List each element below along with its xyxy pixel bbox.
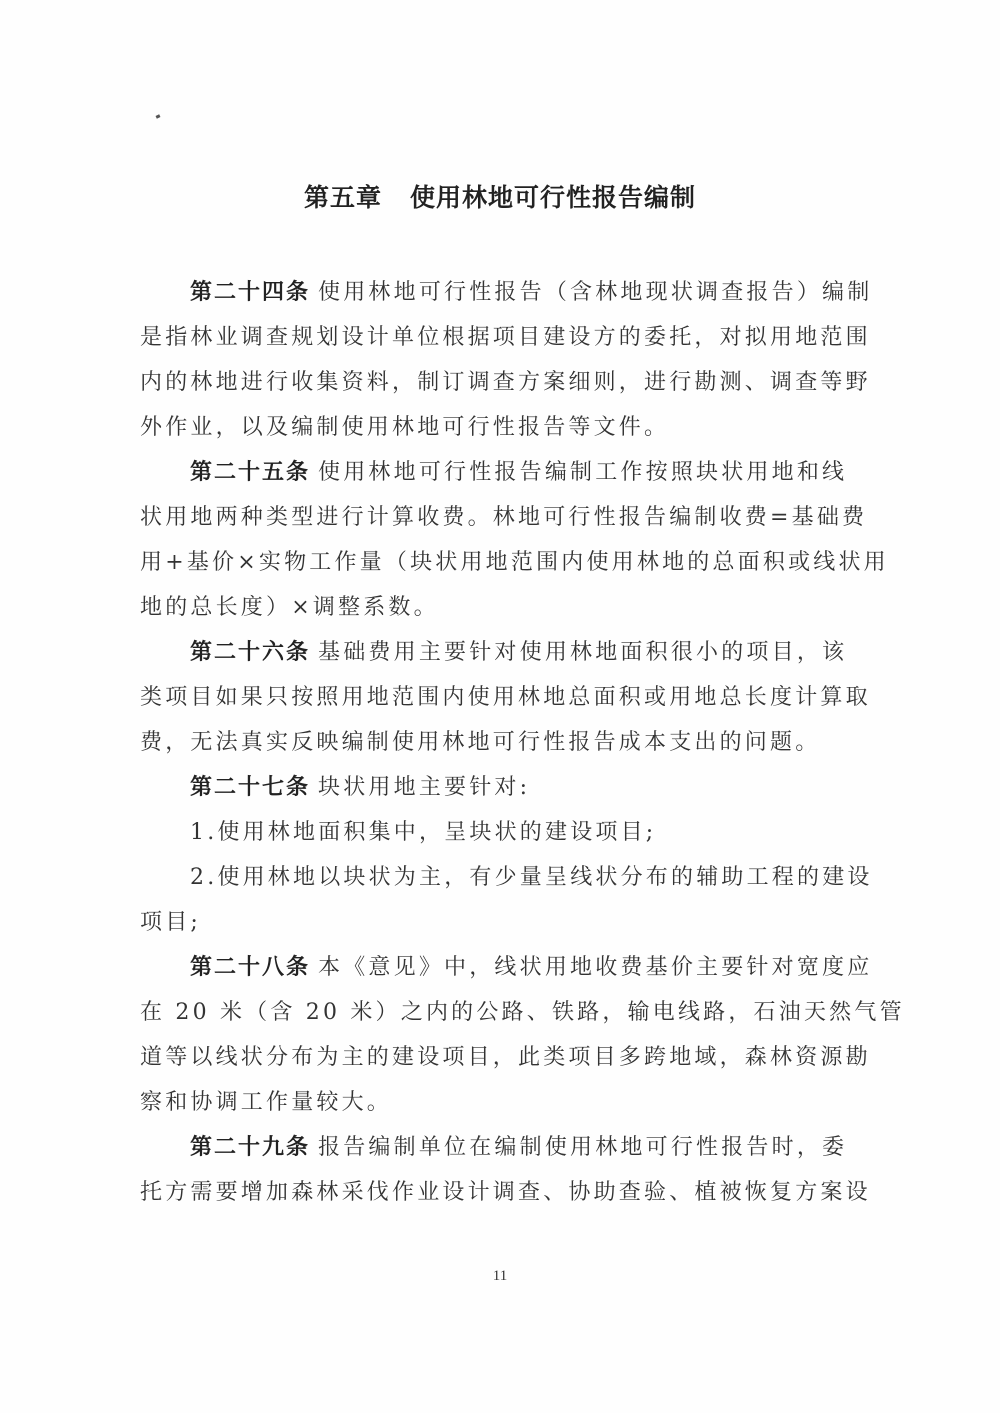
- paragraph-line: 第二十九条报告编制单位在编制使用林地可行性报告时，委: [190, 1130, 847, 1161]
- paragraph-line: 第二十七条块状用地主要针对:: [190, 770, 530, 801]
- paragraph-line: 用+基价×实物工作量（块状用地范围内使用林地的总面积或线状用: [140, 545, 889, 576]
- list-item-continuation: 项目;: [140, 905, 201, 936]
- page-number: 11: [0, 1268, 1000, 1285]
- paragraph-line: 第二十六条基础费用主要针对使用林地面积很小的项目，该: [190, 635, 847, 666]
- list-item: 2.使用林地以块状为主，有少量呈线状分布的辅助工程的建设: [190, 860, 873, 891]
- paragraph-line: 在 20 米（含 20 米）之内的公路、铁路，输电线路，石油天然气管: [140, 995, 905, 1026]
- article-label: 第二十九条: [190, 1135, 310, 1160]
- paragraph-line: 费，无法真实反映编制使用林地可行性报告成本支出的问题。: [140, 725, 820, 756]
- paragraph-line: 地的总长度）×调整系数。: [140, 590, 439, 621]
- paragraph-line: 内的林地进行收集资料，制订调查方案细则，进行勘测、调查等野: [140, 365, 871, 396]
- list-item: 1.使用林地面积集中，呈块状的建设项目;: [190, 815, 656, 846]
- paragraph-line: 外作业，以及编制使用林地可行性报告等文件。: [140, 410, 669, 441]
- paragraph-line: 道等以线状分布为主的建设项目，此类项目多跨地域，森林资源勘: [140, 1040, 871, 1071]
- chapter-heading: 第五章使用林地可行性报告编制: [0, 178, 1000, 214]
- document-page: 第五章使用林地可行性报告编制 第二十四条使用林地可行性报告（含林地现状调查报告）…: [0, 0, 1000, 1413]
- paragraph-line: 第二十五条使用林地可行性报告编制工作按照块状用地和线: [190, 455, 847, 486]
- article-label: 第二十六条: [190, 640, 310, 665]
- article-label: 第二十四条: [190, 280, 310, 305]
- paragraph-line: 第二十八条本《意见》中，线状用地收费基价主要针对宽度应: [190, 950, 872, 981]
- paragraph-line: 是指林业调查规划设计单位根据项目建设方的委托，对拟用地范围: [140, 320, 871, 351]
- chapter-title: 使用林地可行性报告编制: [410, 183, 696, 212]
- paragraph-line: 类项目如果只按照用地范围内使用林地总面积或用地总长度计算取: [140, 680, 871, 711]
- scan-speck: [156, 114, 161, 118]
- article-label: 第二十七条: [190, 775, 310, 800]
- paragraph-line: 第二十四条使用林地可行性报告（含林地现状调查报告）编制: [190, 275, 872, 306]
- article-label: 第二十八条: [190, 955, 310, 980]
- article-label: 第二十五条: [190, 460, 310, 485]
- paragraph-line: 状用地两种类型进行计算收费。林地可行性报告编制收费=基础费: [140, 500, 867, 531]
- paragraph-line: 察和协调工作量较大。: [140, 1085, 392, 1116]
- chapter-number: 第五章: [304, 183, 382, 212]
- paragraph-line: 托方需要增加森林采伐作业设计调查、协助查验、植被恢复方案设: [140, 1175, 871, 1206]
